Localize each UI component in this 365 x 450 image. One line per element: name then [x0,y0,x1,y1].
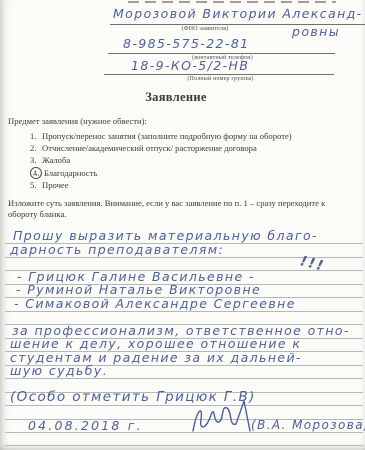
phone-handwriting: 8-985-575-22-81 [123,37,250,51]
page-title: Заявление [0,90,352,105]
ruled-line [5,378,363,379]
signature-name-handwriting: (В.А. Морозова) [251,418,365,432]
phone-underline [108,53,335,54]
item-label: Отчисление/академический отпуск/ расторж… [42,143,257,153]
name-field-label: (ФИО заявителя) [130,26,280,32]
group-field-label: (Полный номер группы) [148,76,293,82]
item-label: Прочее [42,180,69,190]
group-number-handwriting: 18-9-КО-5/2-НВ [131,59,249,73]
subject-intro: Предмет заявления (нужное обвести): [8,116,358,128]
body-handwriting-line: Прошу выразить материальную благо- [13,229,318,243]
item-number: 1. [30,130,42,142]
applicant-name-handwriting-continued: ровны [292,25,340,39]
signature-scribble [188,397,260,439]
body-handwriting-line: дарность преподавателям: [10,243,224,257]
subject-list: 1.Пропуск/перенос занятия (заполните под… [8,130,358,192]
item-number: 2. [30,142,42,154]
item-label: Пропуск/перенос занятия (заполните подро… [42,131,292,141]
scanned-application-form: Морозовой Виктории Александ- (ФИО заявит… [0,0,365,450]
date-handwriting: 04.08.2018 г. [28,419,143,433]
body-handwriting-line: шение к делу, хорошее отношение к [10,337,301,351]
applicant-name-handwriting: Морозовой Виктории Александ- [113,7,363,21]
body-handwriting-line: - Руминой Наталье Викторовне [16,283,261,297]
subject-item-5: 5.Прочее [8,179,358,191]
body-handwriting-line: шую судьбу. [10,364,108,378]
item-label: Благодарность [44,168,97,178]
subject-item-3: 3.Жалоба [8,154,358,166]
subject-item-4: 4.Благодарность [8,167,358,179]
instruction-text: Изложите суть заявления. Внимание, если … [8,198,356,220]
item-label: Жалоба [42,155,70,165]
item-number: 5. [30,179,42,191]
circled-choice-mark: 4. [29,166,43,180]
item-number: 3. [30,154,42,166]
subject-item-1: 1.Пропуск/перенос занятия (заполните под… [8,130,358,142]
ruled-line [5,445,363,446]
printed-form-text: Предмет заявления (нужное обвести): 1.Пр… [8,116,358,220]
subject-item-2: 2.Отчисление/академический отпуск/ расто… [8,142,358,154]
body-handwriting-line: - Симаковой Александре Сергеевне [14,297,296,311]
group-underline [104,74,334,75]
ruled-line [5,311,363,312]
ruled-line [5,405,363,406]
clipped-top-text [128,1,336,3]
